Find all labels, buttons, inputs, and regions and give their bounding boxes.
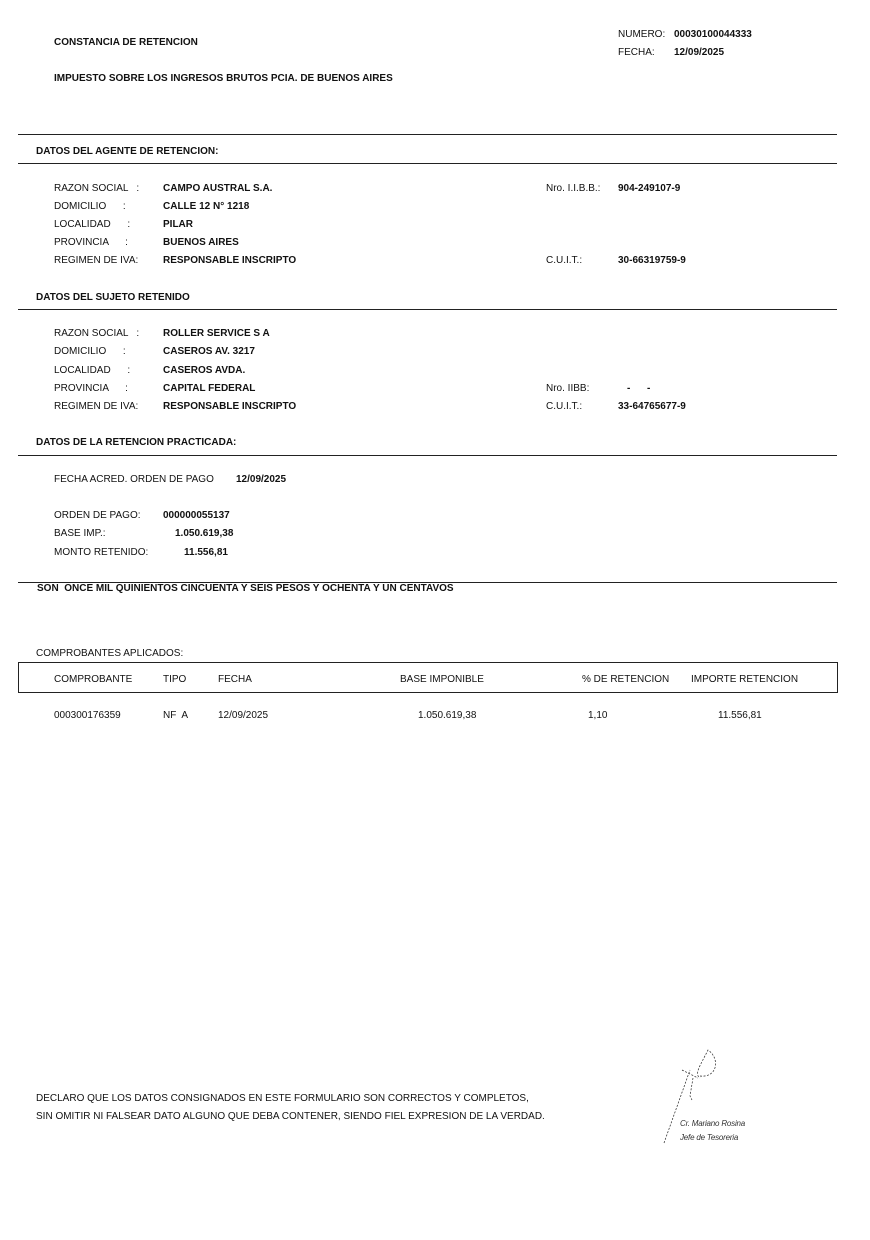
sujeto-provincia: CAPITAL FEDERAL — [163, 383, 255, 394]
orden-pago-label: ORDEN DE PAGO: — [54, 510, 141, 521]
cell-base-imponible: 1.050.619,38 — [418, 710, 476, 721]
agente-cuit-label: C.U.I.T.: — [546, 255, 582, 266]
agente-provincia-label: PROVINCIA : — [54, 237, 128, 248]
section-title-sujeto: DATOS DEL SUJETO RETENIDO — [36, 292, 190, 303]
sujeto-localidad-label: LOCALIDAD : — [54, 365, 130, 376]
firma-cargo: Jefe de Tesoreria — [680, 1133, 738, 1142]
divider — [18, 309, 837, 310]
agente-regimen-label: REGIMEN DE IVA: — [54, 255, 138, 266]
cell-tipo: NF A — [163, 710, 188, 721]
sujeto-domicilio: CASEROS AV. 3217 — [163, 346, 255, 357]
section-title-agente: DATOS DEL AGENTE DE RETENCION: — [36, 146, 218, 157]
divider — [18, 163, 837, 164]
document-title: CONSTANCIA DE RETENCION — [54, 37, 198, 48]
sujeto-iibb-label: Nro. IIBB: — [546, 383, 589, 394]
divider — [18, 134, 837, 135]
sujeto-domicilio-label: DOMICILIO : — [54, 346, 126, 357]
fecha-label: FECHA: — [618, 47, 655, 58]
agente-cuit: 30-66319759-9 — [618, 255, 686, 266]
signature: Cr. Mariano Rosina Jefe de Tesoreria — [660, 1048, 750, 1148]
cell-importe: 11.556,81 — [718, 710, 762, 721]
col-header-tipo: TIPO — [163, 674, 186, 685]
cell-fecha: 12/09/2025 — [218, 710, 268, 721]
agente-localidad-label: LOCALIDAD : — [54, 219, 130, 230]
section-title-retencion: DATOS DE LA RETENCION PRACTICADA: — [36, 437, 236, 448]
monto-retenido-label: MONTO RETENIDO: — [54, 547, 148, 558]
col-header-fecha: FECHA — [218, 674, 252, 685]
agente-razon-social-label: RAZON SOCIAL : — [54, 183, 139, 194]
sujeto-regimen: RESPONSABLE INSCRIPTO — [163, 401, 296, 412]
monto-en-letras: SON ONCE MIL QUINIENTOS CINCUENTA Y SEIS… — [37, 583, 454, 594]
agente-iibb: 904-249107-9 — [618, 183, 680, 194]
agente-localidad: PILAR — [163, 219, 193, 230]
sujeto-razon-social-label: RAZON SOCIAL : — [54, 328, 139, 339]
col-header-base-imponible: BASE IMPONIBLE — [400, 674, 484, 685]
fecha-value: 12/09/2025 — [674, 47, 724, 58]
cell-comprobante: 000300176359 — [54, 710, 121, 721]
fecha-acred: 12/09/2025 — [236, 474, 286, 485]
agente-iibb-label: Nro. I.I.B.B.: — [546, 183, 600, 194]
agente-provincia: BUENOS AIRES — [163, 237, 239, 248]
divider — [18, 455, 837, 456]
cell-porcentaje: 1,10 — [588, 710, 607, 721]
numero-value: 00030100044333 — [674, 29, 752, 40]
section-title-comprobantes: COMPROBANTES APLICADOS: — [36, 648, 183, 659]
agente-regimen: RESPONSABLE INSCRIPTO — [163, 255, 296, 266]
sujeto-cuit-label: C.U.I.T.: — [546, 401, 582, 412]
col-header-porcentaje: % DE RETENCION — [582, 674, 669, 685]
sujeto-cuit: 33-64765677-9 — [618, 401, 686, 412]
declaracion-line-1: DECLARO QUE LOS DATOS CONSIGNADOS EN EST… — [36, 1093, 529, 1104]
base-imp-label: BASE IMP.: — [54, 528, 106, 539]
monto-retenido: 11.556,81 — [184, 547, 228, 558]
agente-razon-social: CAMPO AUSTRAL S.A. — [163, 183, 272, 194]
fecha-acred-label: FECHA ACRED. ORDEN DE PAGO — [54, 474, 214, 485]
col-header-importe: IMPORTE RETENCION — [691, 674, 798, 685]
col-header-comprobante: COMPROBANTE — [54, 674, 132, 685]
numero-label: NUMERO: — [618, 29, 665, 40]
agente-domicilio-label: DOMICILIO : — [54, 201, 126, 212]
sujeto-provincia-label: PROVINCIA : — [54, 383, 128, 394]
document-subtitle: IMPUESTO SOBRE LOS INGRESOS BRUTOS PCIA.… — [54, 73, 393, 84]
sujeto-razon-social: ROLLER SERVICE S A — [163, 328, 270, 339]
declaracion-line-2: SIN OMITIR NI FALSEAR DATO ALGUNO QUE DE… — [36, 1111, 545, 1122]
agente-domicilio: CALLE 12 N° 1218 — [163, 201, 249, 212]
sujeto-regimen-label: REGIMEN DE IVA: — [54, 401, 138, 412]
orden-pago: 000000055137 — [163, 510, 230, 521]
sujeto-localidad: CASEROS AVDA. — [163, 365, 245, 376]
base-imp: 1.050.619,38 — [175, 528, 233, 539]
sujeto-iibb: - - — [627, 383, 650, 394]
firma-nombre: Cr. Mariano Rosina — [680, 1119, 745, 1128]
